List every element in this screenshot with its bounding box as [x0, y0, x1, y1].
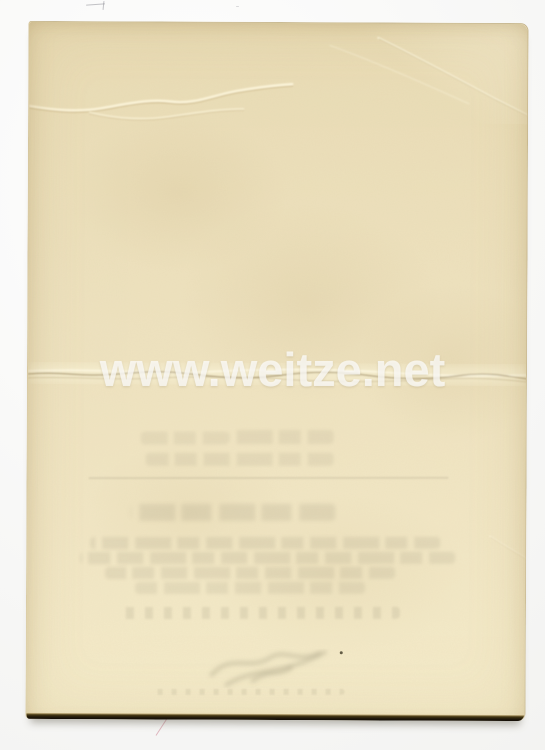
age-stain	[178, 203, 439, 404]
bleedthrough-line	[89, 477, 449, 479]
age-stain	[358, 283, 529, 444]
bleedthrough-line	[105, 567, 395, 579]
ink-dot	[340, 651, 343, 654]
fold-highlight-band	[28, 364, 528, 384]
crease-lines	[26, 22, 528, 721]
age-stain	[68, 112, 289, 273]
diagonal-crease	[329, 37, 528, 117]
bleedthrough-line	[141, 432, 229, 445]
age-stain	[207, 493, 468, 654]
bleedthrough-line	[80, 552, 455, 564]
pencil-mark	[103, 1, 105, 10]
pencil-mark	[236, 6, 239, 7]
bleedthrough-line	[130, 504, 335, 521]
bleedthrough-line	[229, 430, 334, 444]
bleedthrough-line	[118, 607, 400, 619]
bleedthrough-line	[135, 582, 365, 594]
bleedthrough-line	[146, 453, 334, 466]
bleedthrough-line	[90, 537, 440, 549]
bent-corner-sheen	[357, 23, 527, 124]
age-stain	[87, 442, 288, 583]
top-crease	[29, 83, 293, 121]
center-fold-line	[28, 368, 528, 382]
signature-bleedthrough	[212, 652, 325, 685]
bleedthrough-lines	[26, 22, 527, 721]
document-card-back	[25, 21, 528, 721]
bleedthrough-line	[150, 689, 345, 695]
right-edge-crease	[489, 536, 528, 560]
photo-backdrop: www.weitze.net	[0, 0, 545, 750]
